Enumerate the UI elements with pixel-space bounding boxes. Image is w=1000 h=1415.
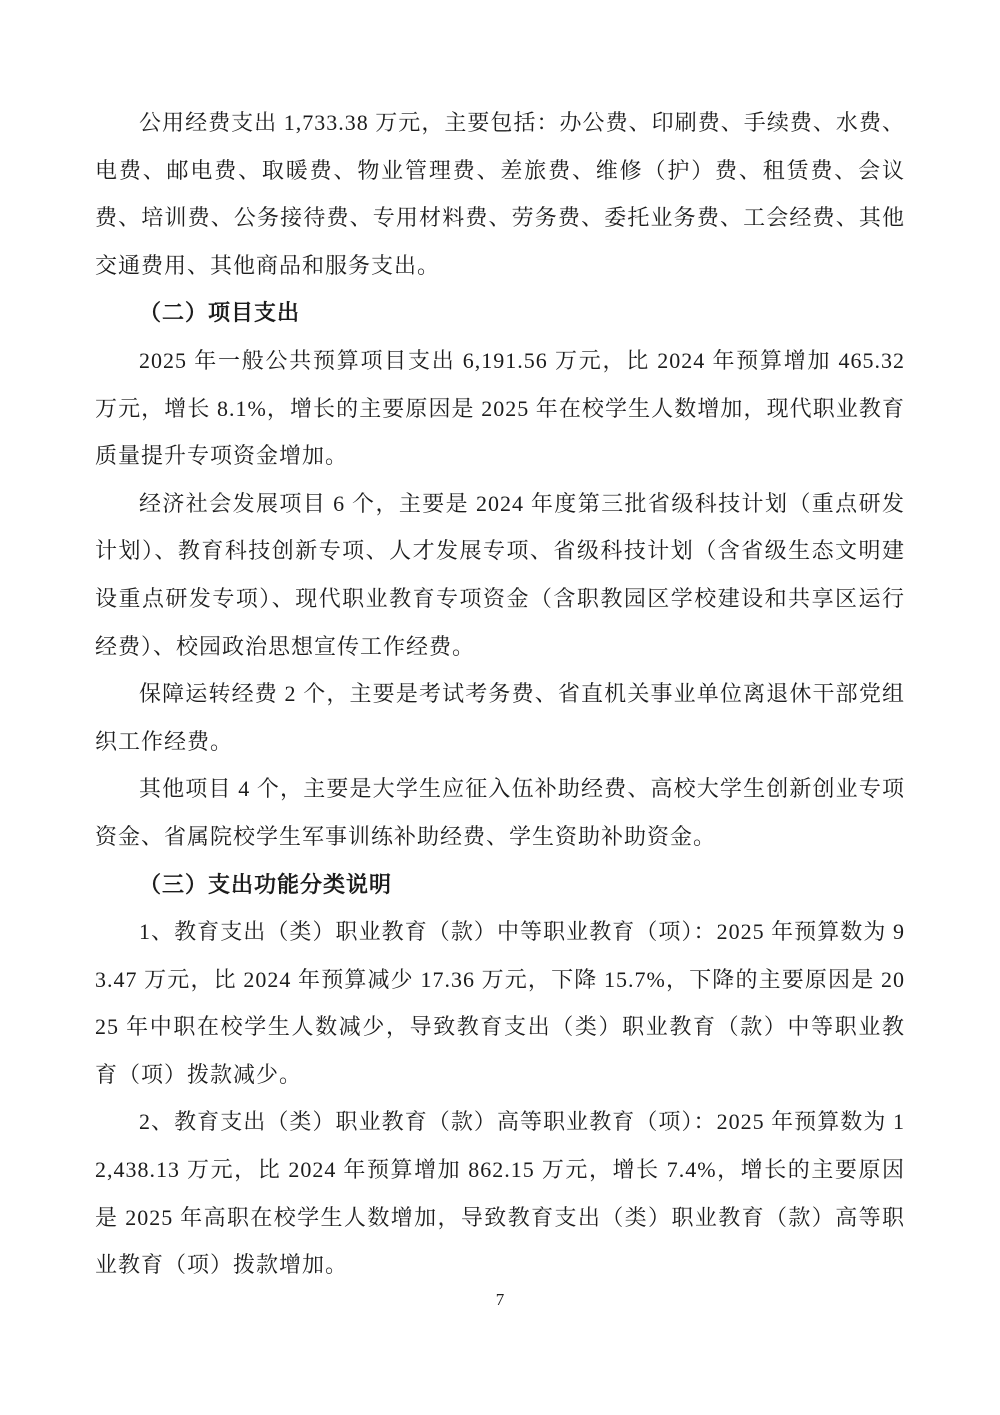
page-footer: 7: [0, 1288, 1000, 1312]
paragraph-economic-social-projects: 经济社会发展项目 6 个，主要是 2024 年度第三批省级科技计划（重点研发计划…: [95, 480, 905, 670]
paragraph-higher-vocational-education: 2、教育支出（类）职业教育（款）高等职业教育（项）：2025 年预算数为 12,…: [95, 1098, 905, 1288]
paragraph-project-budget-total: 2025 年一般公共预算项目支出 6,191.56 万元，比 2024 年预算增…: [95, 337, 905, 480]
paragraph-secondary-vocational-education: 1、教育支出（类）职业教育（款）中等职业教育（项）：2025 年预算数为 93.…: [95, 908, 905, 1098]
paragraph-operation-support-funds: 保障运转经费 2 个，主要是考试考务费、省直机关事业单位离退休干部党组织工作经费…: [95, 670, 905, 765]
section-heading-expenditure-function-classification: （三）支出功能分类说明: [95, 861, 905, 909]
section-heading-project-expenditure: （二）项目支出: [95, 289, 905, 337]
paragraph-other-projects: 其他项目 4 个，主要是大学生应征入伍补助经费、高校大学生创新创业专项资金、省属…: [95, 765, 905, 860]
paragraph-public-operating-expenses: 公用经费支出 1,733.38 万元，主要包括：办公费、印刷费、手续费、水费、电…: [95, 99, 905, 289]
page-number: 7: [496, 1290, 505, 1309]
document-page: 公用经费支出 1,733.38 万元，主要包括：办公费、印刷费、手续费、水费、电…: [0, 0, 1000, 1415]
document-body: 公用经费支出 1,733.38 万元，主要包括：办公费、印刷费、手续费、水费、电…: [95, 99, 905, 1289]
